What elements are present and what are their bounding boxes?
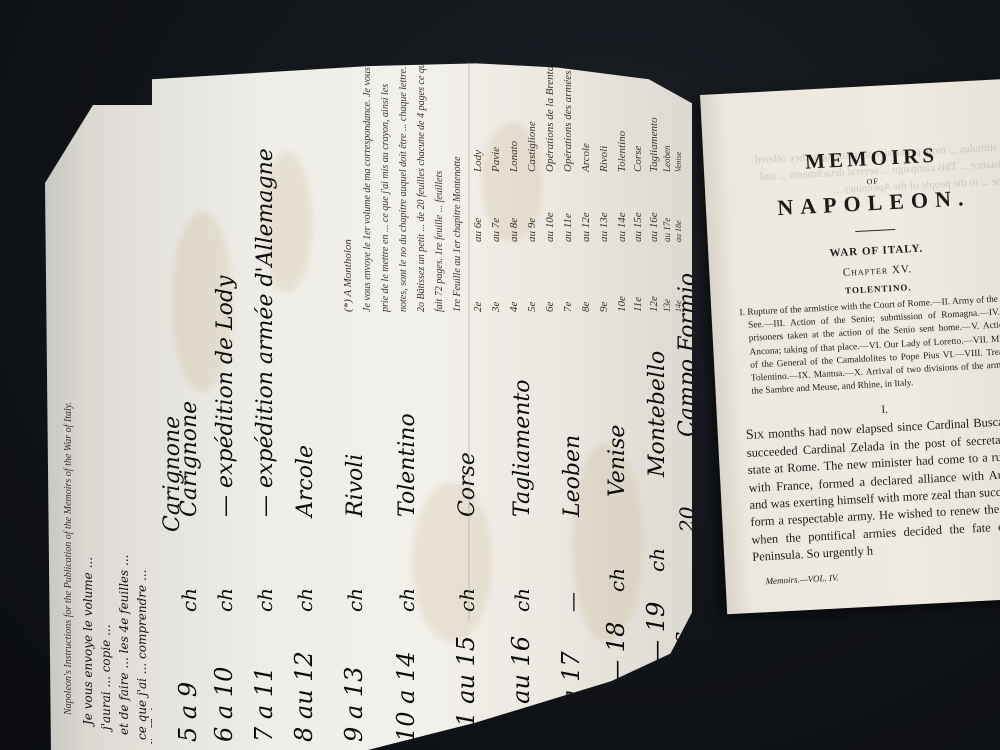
strip-hand-line-3: et de faire ... les 4e feuilles ... xyxy=(117,555,131,735)
book-page-content: MEMOIRS OF NAPOLEON. WAR OF ITALY. Chapt… xyxy=(731,139,1000,591)
handwritten-row: 6 a 10ch— expédition de Lody xyxy=(210,276,238,742)
handwritten-row: 7 a 11ch— expédition armée d'Allemagne xyxy=(250,148,278,742)
index-row: 7eau 11eOpérations des armées du Rhin xyxy=(562,33,574,312)
chapter-summary: I. Rupture of the armistice with the Cou… xyxy=(739,293,1000,400)
handwritten-row: 8 au 12chArcole xyxy=(290,445,318,742)
note-line-3: notes, sont le no du chapitre auquel doi… xyxy=(398,66,409,312)
handwritten-row: 9 a 13chRivoli xyxy=(340,454,368,742)
body-paragraph: months had now elapsed since Cardinal Bu… xyxy=(746,414,1000,564)
index-row: 14eau 18eVenise xyxy=(674,152,683,312)
handwritten-row: 1620Campo Formio xyxy=(672,273,700,662)
handwritten-row: 15 — 19chMontebello xyxy=(642,351,670,702)
note-line-1: Je vous envoye le 1er volume de ma corre… xyxy=(362,67,373,312)
letter-fold-crease xyxy=(468,62,470,622)
index-row: 8eau 12eArcole xyxy=(580,143,592,312)
handwritten-row: 5 a 9chCarignone xyxy=(174,401,202,742)
body-dropcap-word: Six xyxy=(746,428,765,444)
handwritten-row: 10 a 14chTolentino xyxy=(392,413,420,742)
manuscript-letter: Carignone 5 a 9chCarignone 6 a 10ch— exp… xyxy=(152,62,692,750)
strip-hand-line-2: j'aurai ... copie ... xyxy=(99,624,113,730)
handwritten-row: 13 a 17—Leoben xyxy=(557,435,585,742)
index-row: 5eau 9eCastiglione xyxy=(526,121,538,312)
book-page-memoirs: the stimulus ... more persuasion than st… xyxy=(700,78,1000,614)
note-line-6: 1re Feuille au 1er chapitre Montenotte xyxy=(452,156,463,312)
note-line-4: 2o Bâtissez un petit ... de 20 feuilles … xyxy=(416,60,427,312)
note-line-5: fait 72 pages. 1re feuille ... feuillets xyxy=(434,171,445,312)
index-row: 2eau 6eLody xyxy=(472,150,484,312)
index-row: 12eau 16eTagliamento xyxy=(648,117,660,312)
index-row: 3eau 7ePavie xyxy=(490,147,502,312)
index-row: 10eau 14eTolentino xyxy=(616,131,628,312)
folded-letter-strip: Napoleon's Instructions for the Publicat… xyxy=(45,105,165,750)
handwritten-row: 12 au 16chTagliamento xyxy=(507,380,535,743)
strip-hand-line-1: Je vous envoye le volume ... xyxy=(81,557,95,725)
handwritten-row: 11 au 15chCorse xyxy=(452,452,480,742)
index-row: 9eau 13eRivoli xyxy=(598,146,610,312)
index-row: 13eau 17eLeoben xyxy=(662,146,672,313)
title-rule xyxy=(855,229,895,232)
body-text: Six months had now elapsed since Cardina… xyxy=(745,413,1000,567)
note-line-2: prie de le mettre en ... ce que j'ai mis… xyxy=(380,84,391,312)
strip-printed-heading: Napoleon's Instructions for the Publicat… xyxy=(63,402,74,715)
handwritten-row: 14 — 18chVenise xyxy=(602,425,630,722)
index-row: 4eau 8eLonato xyxy=(508,141,520,312)
page-footer: Memoirs.—VOL. IV. B xyxy=(753,562,1000,591)
note-header: (*) A Montholon xyxy=(342,239,354,312)
index-row: 6eau 10eOpérations de la Brenta xyxy=(544,66,556,312)
index-row: 11eau 15eCorse xyxy=(632,146,644,312)
footer-volume: Memoirs.—VOL. IV. xyxy=(765,572,839,586)
strip-hand-line-4: ce que j'ai ... comprendre ... xyxy=(135,570,149,740)
